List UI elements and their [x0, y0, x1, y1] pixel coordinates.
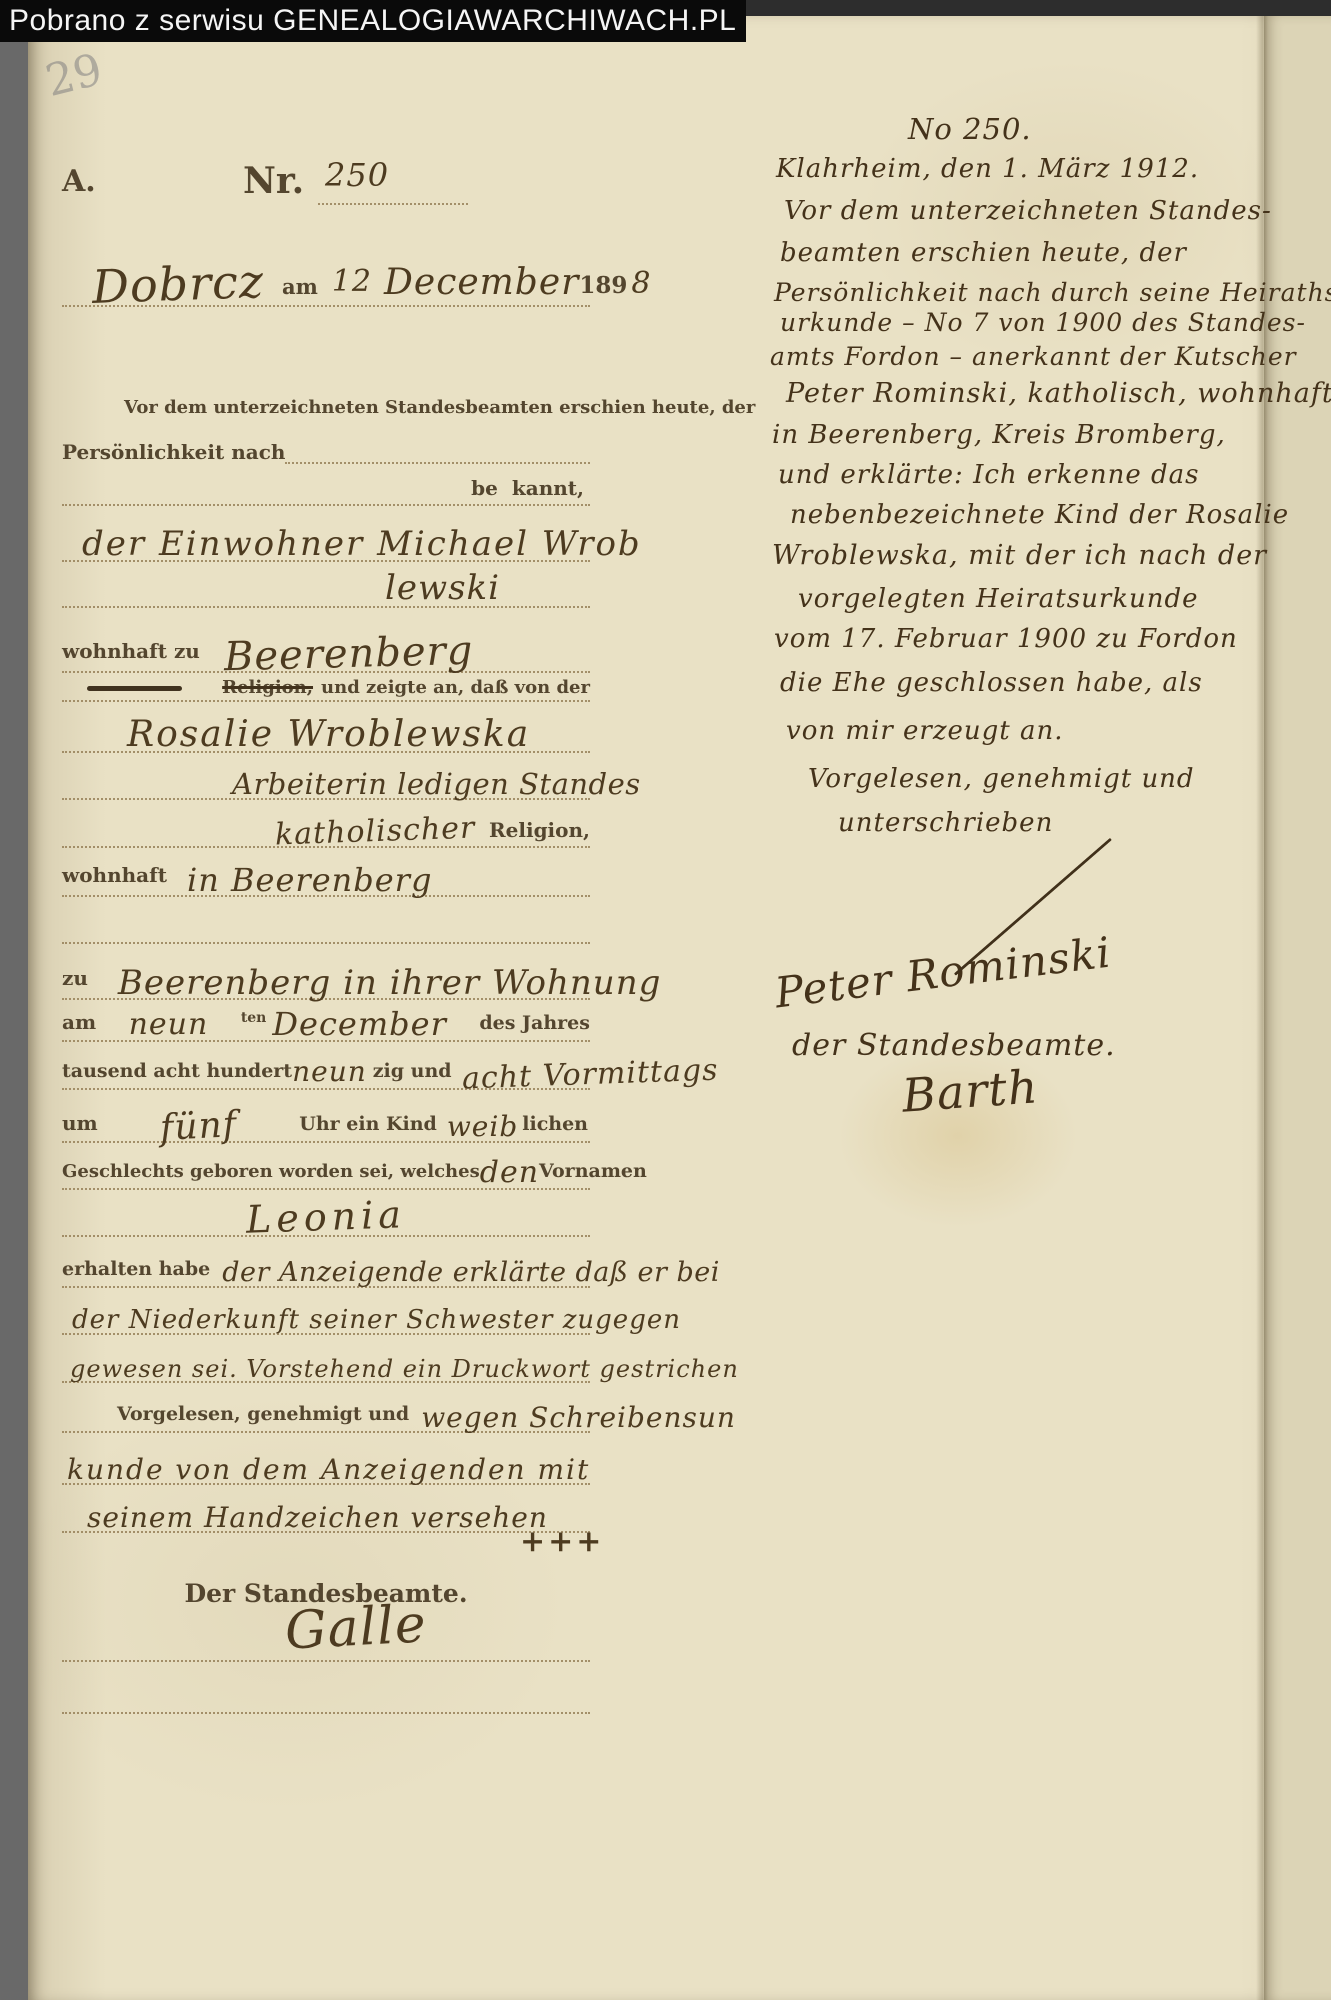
margin-signature-role: der Standesbeamte. — [792, 1028, 1116, 1063]
mother-religion: katholischer — [274, 811, 475, 853]
known-part2: kannt, — [512, 476, 584, 500]
residence2-value: in Beerenberg — [187, 861, 432, 899]
form-row-mother-religion: katholischer Religion, — [62, 804, 590, 848]
form-row-note2: der Niederkunft seiner Schwester zugegen — [62, 1292, 590, 1335]
margin-note-line: vom 17. Februar 1900 zu Fordon — [774, 624, 1238, 654]
margin-note-line: beamten erschien heute, der — [780, 238, 1187, 268]
year-printed1: tausend acht hundert — [62, 1060, 292, 1082]
record-number-label: Nr. — [243, 160, 304, 202]
margin-note-line: urkunde – No 7 von 1900 des Standes- — [780, 308, 1306, 337]
year-printed: 189 — [579, 272, 627, 299]
birthplace-label: zu — [62, 966, 88, 990]
form-row-residence: wohnhaft zu Beerenberg — [62, 618, 590, 673]
intro-text: Vor dem unterzeichneten Standesbeamten e… — [124, 397, 755, 418]
form-row-declarant2: lewski — [62, 566, 590, 608]
closing-hw1: wegen Schreibensun — [421, 1401, 736, 1434]
article-value: den — [480, 1155, 539, 1190]
margin-note-line: Klahrheim, den 1. März 1912. — [776, 154, 1199, 184]
month-value: December — [384, 262, 579, 303]
identity-label: Persönlichkeit nach — [62, 440, 285, 464]
handzeichen-marks: +++ — [520, 1524, 604, 1559]
margin-signature-name: Peter Rominski — [772, 928, 1113, 1018]
margin-note-line: Persönlichkeit nach durch seine Heiraths… — [774, 278, 1331, 307]
ten-suffix: ten — [241, 1010, 267, 1026]
child-printed1: Uhr ein Kind — [299, 1113, 437, 1135]
form-row-intro: Vor dem unterzeichneten Standesbeamten e… — [62, 386, 590, 418]
margin-signature-officer: Barth — [900, 1059, 1040, 1122]
child-sex-value: weib — [447, 1110, 518, 1143]
declarant-name-line2: lewski — [385, 568, 500, 608]
year-digit: 8 — [631, 266, 651, 301]
residence-value: Beerenberg — [223, 628, 473, 681]
mother-status: Arbeiterin ledigen Standes — [232, 767, 641, 801]
form-row-religion-struck: Religion, und zeigte an, daß von der — [62, 674, 590, 702]
record-number-value: 250 — [325, 156, 389, 194]
form-row-child-name: Leonia — [62, 1194, 590, 1237]
note-line1: der Anzeigende erklärte daß er bei — [222, 1257, 720, 1288]
form-row-known: be kannt, — [62, 464, 590, 506]
margin-note-line: Peter Rominski, katholisch, wohnhaft — [786, 378, 1331, 409]
day-value: 12 — [332, 264, 372, 299]
watermark-banner: Pobrano z serwisu GENEALOGIAWARCHIWACH.P… — [0, 0, 746, 42]
margin-note-number: No 250. — [908, 112, 1032, 146]
closing-hw3: seinem Handzeichen versehen — [87, 1501, 548, 1534]
form-row-birthyear: tausend acht hundert neun zig und acht V… — [62, 1046, 590, 1090]
birth-month: December — [272, 1005, 447, 1043]
margin-note-line: Vorgelesen, genehmigt und — [808, 764, 1195, 794]
margin-note-line: die Ehe geschlossen habe, als — [780, 668, 1203, 698]
form-row-residence2: wohnhaft in Beerenberg — [62, 852, 590, 897]
form-row-mother-name: Rosalie Wroblewska — [62, 708, 590, 753]
residence2-label: wohnhaft — [62, 863, 167, 887]
child-printed2: lichen — [522, 1113, 588, 1135]
birthday-value: neun — [129, 1007, 209, 1042]
sex-line-text: Geschlechts geboren worden sei, welches — [62, 1161, 480, 1182]
religion-rest-text: und zeigte an, daß von der — [321, 677, 590, 698]
form-row-place-date: Dobrcz am 12 December 189 8 — [62, 233, 590, 307]
form-row-birth-hour: um fünf Uhr ein Kind weib lichen — [62, 1098, 590, 1143]
form-row-closing: Vorgelesen, genehmigt und wegen Schreibe… — [62, 1388, 590, 1433]
form-row-note3: gewesen sei. Vorstehend ein Druckwort ge… — [62, 1338, 590, 1383]
birthday-label: am — [62, 1010, 96, 1034]
form-row-received: erhalten habe der Anzeigende erklärte da… — [62, 1242, 590, 1288]
marginal-note: No 250. Klahrheim, den 1. März 1912. Vor… — [770, 112, 1240, 1222]
ink-strikeout-stroke — [87, 686, 182, 691]
note-line3: gewesen sei. Vorstehend ein Druckwort ge… — [70, 1355, 739, 1383]
vorname-label: Vornamen — [539, 1160, 647, 1182]
margin-note-line: nebenbezeichnete Kind der Rosalie — [790, 500, 1289, 530]
form-row-birthday: am neun ten December des Jahres — [62, 1002, 590, 1042]
blank-ruled-line — [62, 1682, 590, 1714]
known-part1: be — [471, 476, 498, 500]
birthplace-value: Beerenberg in ihrer Wohnung — [118, 963, 661, 1003]
form-row-birthplace: zu Beerenberg in ihrer Wohnung — [62, 948, 590, 1000]
religion-label: Religion, — [489, 818, 590, 842]
am-label: am — [282, 274, 318, 299]
closing-hw2: kunde von dem Anzeigenden mit — [67, 1453, 590, 1486]
closing-printed: Vorgelesen, genehmigt und — [117, 1403, 409, 1425]
margin-note-line: unterschrieben — [838, 808, 1053, 838]
form-row-closing3: seinem Handzeichen versehen — [62, 1488, 590, 1533]
blank-ruled-line — [62, 916, 590, 944]
margin-note-line: vorgelegten Heiratsurkunde — [798, 584, 1199, 614]
form-row-sex-line: Geschlechts geboren worden sei, welches … — [62, 1150, 590, 1190]
form-row-identity: Persönlichkeit nach — [62, 434, 590, 464]
residence-label: wohnhaft zu — [62, 639, 200, 663]
place-value: Dobrcz — [91, 254, 265, 314]
year-printed2: zig und — [373, 1060, 452, 1082]
margin-note-line: und erklärte: Ich erkenne das — [778, 460, 1200, 490]
dotted-rule — [318, 203, 468, 205]
margin-note-line: Wroblewska, mit der ich nach der — [772, 540, 1267, 571]
form-row-closing2: kunde von dem Anzeigenden mit — [62, 1438, 590, 1485]
blank-ruled-line — [62, 1632, 590, 1662]
form-row-declarant: der Einwohner Michael Wrob — [62, 510, 590, 562]
form-row-mother-status: Arbeiterin ledigen Standes — [62, 758, 590, 800]
year-label: des Jahres — [479, 1012, 590, 1034]
religion-label-struck: Religion, — [222, 677, 313, 698]
margin-note-line: amts Fordon – anerkannt der Kutscher — [770, 342, 1297, 371]
scanned-registry-page: { "banner": { "text": "Pobrano z serwisu… — [0, 0, 1331, 2000]
section-label: A. — [62, 164, 96, 199]
hour-label: um — [62, 1111, 98, 1135]
margin-note-line: Vor dem unterzeichneten Standes- — [784, 196, 1272, 226]
declarant-name-line1: der Einwohner Michael Wrob — [82, 524, 642, 564]
margin-note-line: in Beerenberg, Kreis Bromberg, — [772, 420, 1226, 450]
note-line2: der Niederkunft seiner Schwester zugegen — [72, 1305, 681, 1335]
margin-note-line: von mir erzeugt an. — [786, 716, 1064, 746]
year-tens: neun — [292, 1055, 367, 1088]
hour-value: fünf — [159, 1104, 238, 1149]
child-name: Leonia — [245, 1192, 406, 1242]
mother-name: Rosalie Wroblewska — [127, 714, 530, 755]
received-label: erhalten habe — [62, 1258, 210, 1280]
